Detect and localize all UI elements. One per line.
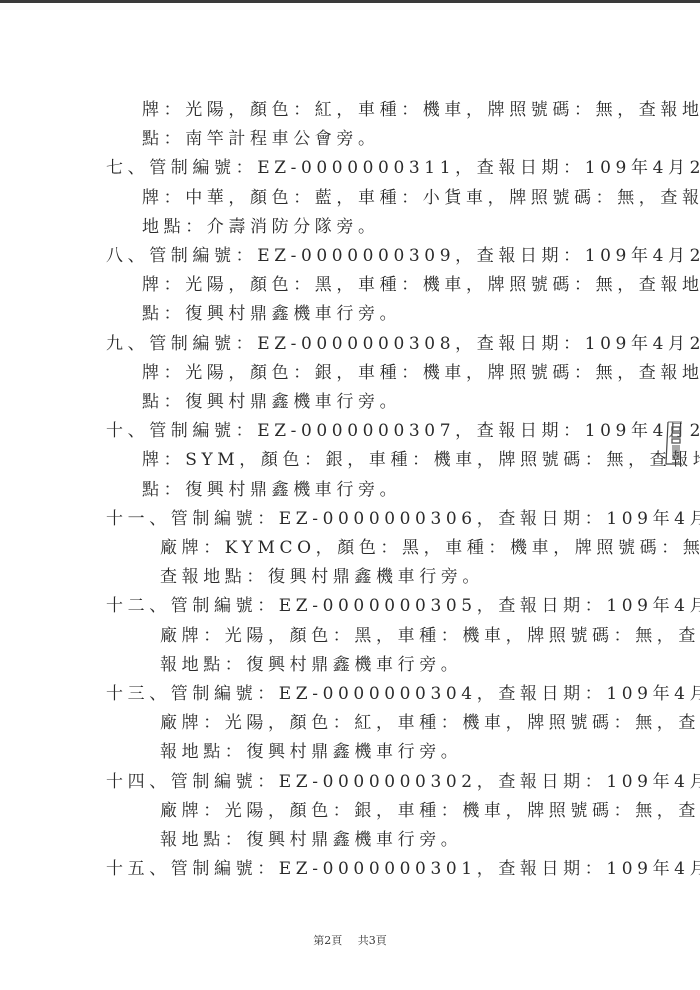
- scan-edge: [0, 0, 700, 3]
- binder-tab-icon: [664, 418, 684, 468]
- text-line: 報地點：復興村鼎鑫機車行旁。: [160, 738, 462, 767]
- text-line: 點：復興村鼎鑫機車行旁。: [142, 300, 401, 329]
- list-item-14: 十四、管制編號：EZ-0000000302，查報日期：109年4月28日，: [106, 768, 700, 797]
- list-item-9: 九、管制編號：EZ-0000000308，查報日期：109年4月27日，廠: [106, 330, 700, 359]
- page-total: 共3頁: [358, 934, 387, 947]
- list-item-13: 十三、管制編號：EZ-0000000304，查報日期：109年4月28日，: [106, 680, 700, 709]
- list-item-8: 八、管制編號：EZ-0000000309，查報日期：109年4月27日，廠: [106, 242, 700, 271]
- list-item-15: 十五、管制編號：EZ-0000000301，查報日期：109年4月28日，: [106, 855, 700, 884]
- page-footer: 第2頁 共3頁: [0, 932, 700, 948]
- list-item-10: 十、管制編號：EZ-0000000307，查報日期：109年4月27日，廠: [106, 417, 700, 446]
- list-item-11: 十一、管制編號：EZ-0000000306，查報日期：109年4月27日，: [106, 505, 700, 534]
- text-line: 廠牌：光陽，顏色：銀，車種：機車，牌照號碼：無，查: [160, 797, 700, 826]
- text-line: 牌：光陽，顏色：銀，車種：機車，牌照號碼：無，查報地: [142, 359, 700, 388]
- text-line: 點：復興村鼎鑫機車行旁。: [142, 476, 401, 505]
- list-item-12: 十二、管制編號：EZ-0000000305，查報日期：109年4月28日，: [106, 592, 700, 621]
- text-line: 點：南竿計程車公會旁。: [142, 125, 380, 154]
- text-line: 廠牌：KYMCO，顏色：黑，車種：機車，牌照號碼：無，: [160, 534, 700, 563]
- text-line: 地點：介壽消防分隊旁。: [142, 213, 380, 242]
- list-item-7: 七、管制編號：EZ-0000000311，查報日期：109年4月27日，廠: [106, 154, 700, 183]
- text-line: 牌：SYM，顏色：銀，車種：機車，牌照號碼：無，查報地: [142, 446, 700, 475]
- text-line: 牌：中華，顏色：藍，車種：小貨車，牌照號碼：無，查報: [142, 184, 700, 213]
- text-line: 廠牌：光陽，顏色：紅，車種：機車，牌照號碼：無，查: [160, 709, 700, 738]
- text-line: 廠牌：光陽，顏色：黑，車種：機車，牌照號碼：無，查: [160, 622, 700, 651]
- text-line: 點：復興村鼎鑫機車行旁。: [142, 388, 401, 417]
- page-number: 第2頁: [313, 934, 342, 947]
- text-line: 查報地點：復興村鼎鑫機車行旁。: [160, 563, 484, 592]
- text-line: 報地點：復興村鼎鑫機車行旁。: [160, 826, 462, 855]
- text-line: 報地點：復興村鼎鑫機車行旁。: [160, 651, 462, 680]
- text-line: 牌：光陽，顏色：紅，車種：機車，牌照號碼：無，查報地: [142, 96, 700, 125]
- text-line: 牌：光陽，顏色：黑，車種：機車，牌照號碼：無，查報地: [142, 271, 700, 300]
